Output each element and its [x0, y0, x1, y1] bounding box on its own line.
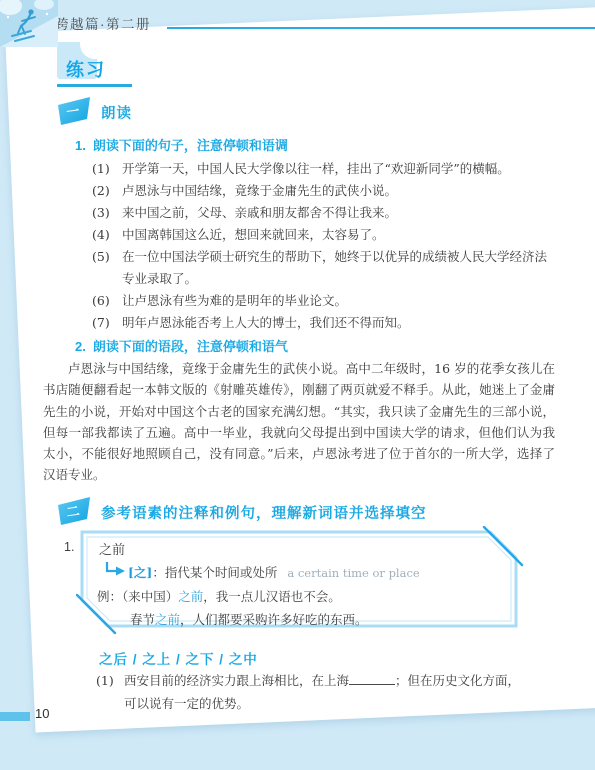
sentence-item: (2) 卢恩泳与中国结缘，竟缘于金庸先生的武侠小说。	[92, 180, 557, 202]
page-background: 跨越篇·第二册 练习 一 朗读 1.朗读下面的句子，注意停顿和语调 (1) 开学…	[0, 0, 595, 770]
sentence-text: 让卢恩泳有些为难的是明年的毕业论文。	[122, 290, 557, 312]
word-options: 之后 / 之上 / 之下 / 之中	[99, 648, 258, 668]
fill-in-question: (1) 西安目前的经济实力跟上海相比，在上海；但在历史文化方面， 可以说有一定的…	[96, 669, 550, 715]
sentence-text: 开学第一天，中国人民大学像以往一样，挂出了“欢迎新同学”的横幅。	[122, 158, 557, 180]
exercise-1-title: 朗读下面的句子，注意停顿和语调	[93, 138, 288, 153]
sentence-item: (3) 来中国之前，父母、亲戚和朋友都舍不得让我来。	[92, 202, 557, 224]
fill-blank	[349, 672, 395, 685]
example-sentence-2: 春节之前，人们都要采购许多好吃的东西。	[130, 610, 368, 628]
sentence-number: (4)	[92, 224, 122, 246]
definition-en: a certain time or place	[287, 566, 419, 580]
exercise-2-number: 2.	[75, 339, 86, 354]
booklet-title: 跨越篇·第二册	[55, 13, 151, 33]
example-1-highlight: 之前	[178, 589, 203, 604]
sentence-number: (7)	[92, 312, 122, 334]
example-1-rest: ，我一点儿汉语也不会。	[203, 589, 341, 604]
sentence-list: (1) 开学第一天，中国人民大学像以往一样，挂出了“欢迎新同学”的横幅。 (2)…	[92, 158, 557, 334]
exercise-2-heading: 2.朗读下面的语段，注意停顿和语气	[75, 336, 288, 355]
sentence-text: 在一位中国法学硕士研究生的帮助下，她终于以优异的成绩被人民大学经济法专业录取了。	[122, 246, 557, 290]
sentence-text: 明年卢恩泳能否考上人大的博士，我们还不得而知。	[122, 312, 557, 334]
sentence-item: (5) 在一位中国法学硕士研究生的帮助下，她终于以优异的成绩被人民大学经济法专业…	[92, 246, 557, 290]
exercise-1-heading: 1.朗读下面的句子，注意停顿和语调	[75, 135, 288, 154]
morpheme-arrow-icon	[104, 562, 126, 579]
example-2-rest: ，人们都要采购许多好吃的东西。	[180, 612, 368, 627]
section-marker-icon: 一	[56, 96, 92, 126]
exercise-2-title: 朗读下面的语段，注意停顿和语气	[93, 339, 288, 354]
section-marker-label: 一	[65, 103, 80, 120]
question-line-2: 可以说有一定的优势。	[124, 692, 520, 715]
exercise-1-number: 1.	[75, 138, 86, 153]
sentence-number: (2)	[92, 180, 122, 202]
example-sentence-1: 例：（来中国）之前，我一点儿汉语也不会。	[97, 587, 341, 605]
example-1-pre: 例：（来中国）	[97, 589, 178, 604]
sentence-number: (5)	[92, 246, 122, 290]
morpheme: [之]	[128, 565, 152, 580]
sentence-item: (4) 中国离韩国这么近，想回来就回来，太容易了。	[92, 224, 557, 246]
sentence-text: 中国离韩国这么近，想回来就回来，太容易了。	[122, 224, 557, 246]
question-text: 西安目前的经济实力跟上海相比，在上海；但在历史文化方面， 可以说有一定的优势。	[124, 669, 520, 715]
reading-paragraph: 卢恩泳与中国结缘，竟缘于金庸先生的武侠小说。高中二年级时，16 岁的花季女孩儿在…	[43, 358, 555, 486]
note-item-number: 1.	[64, 540, 74, 554]
definition-cn: ：指代某个时间或处所	[152, 565, 277, 580]
sentence-number: (3)	[92, 202, 122, 224]
skier-icon	[0, 0, 58, 47]
question-after-blank: ；但在历史文化方面，	[395, 673, 520, 688]
page-number: 10	[35, 706, 49, 721]
question-number: (1)	[96, 669, 124, 715]
title-underline	[57, 84, 132, 87]
sentence-text: 卢恩泳与中国结缘，竟缘于金庸先生的武侠小说。	[122, 180, 557, 202]
example-2-pre: 春节	[130, 612, 155, 627]
section-1-title: 朗读	[101, 102, 132, 123]
sentence-number: (6)	[92, 290, 122, 312]
sentence-number: (1)	[92, 158, 122, 180]
example-2-highlight: 之前	[155, 612, 180, 627]
sentence-text: 来中国之前，父母、亲戚和朋友都舍不得让我来。	[122, 202, 557, 224]
headword: 之前	[99, 539, 125, 558]
page-title: 练习	[66, 56, 106, 82]
sentence-item: (7) 明年卢恩泳能否考上人大的博士，我们还不得而知。	[92, 312, 557, 334]
section-marker-icon: 二	[56, 496, 92, 526]
sentence-item: (6) 让卢恩泳有些为难的是明年的毕业论文。	[92, 290, 557, 312]
section-marker-label: 二	[65, 503, 80, 520]
question-before-blank: 西安目前的经济实力跟上海相比，在上海	[124, 673, 349, 688]
morpheme-definition-line: [之]：指代某个时间或处所a certain time or place	[128, 563, 420, 581]
page-number-bar	[0, 712, 30, 721]
header-rule	[167, 27, 595, 29]
sentence-item: (1) 开学第一天，中国人民大学像以往一样，挂出了“欢迎新同学”的横幅。	[92, 158, 557, 180]
section-2-title: 参考语素的注释和例句，理解新词语并选择填空	[101, 502, 427, 523]
